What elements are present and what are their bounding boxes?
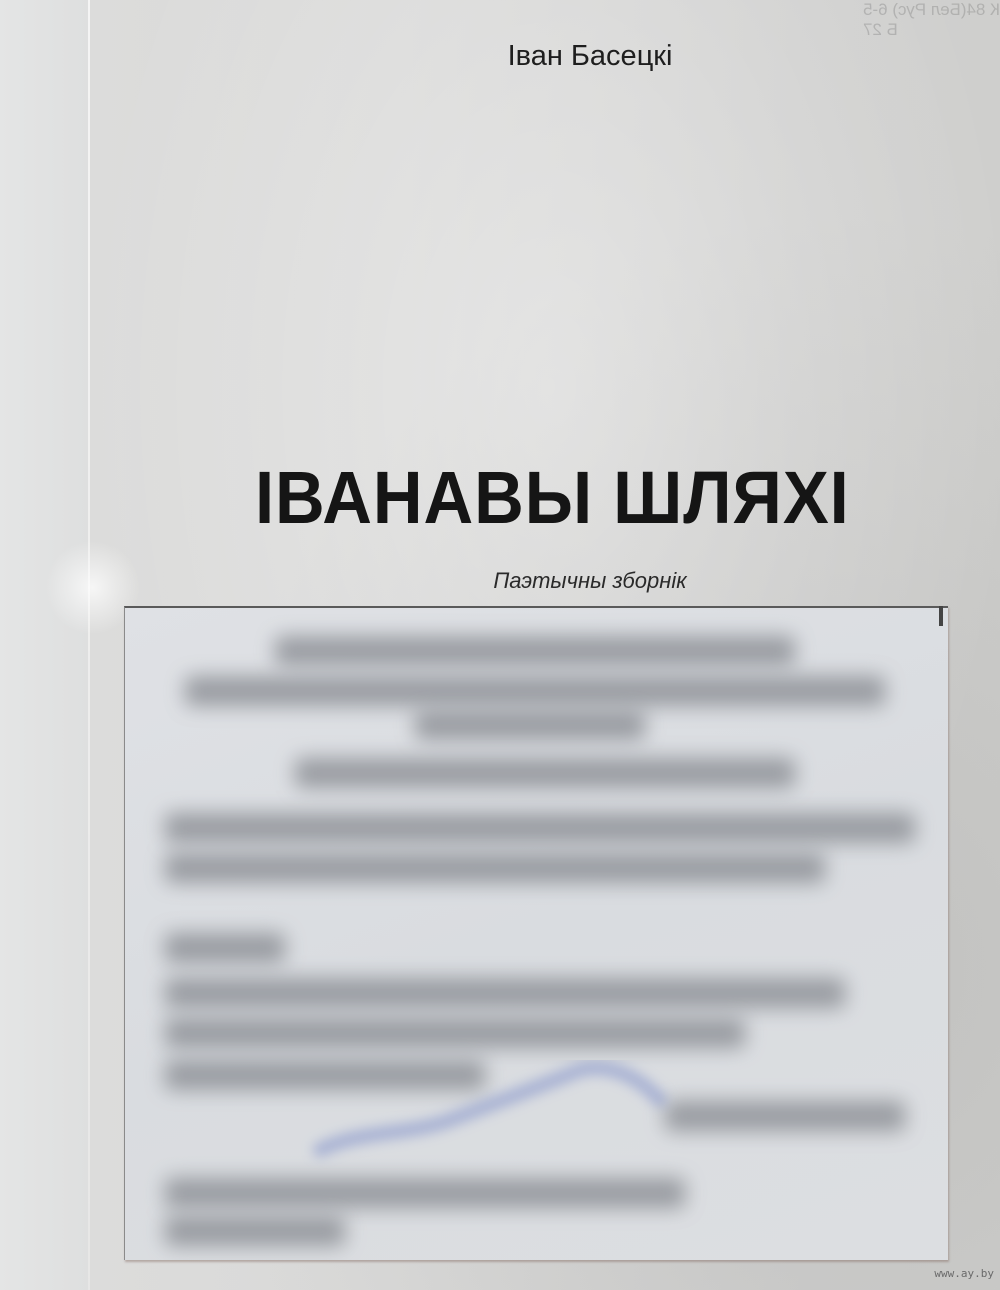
label-corner-mark: [939, 606, 943, 626]
bleed-line: Б 27: [863, 20, 1000, 40]
page-fold: [88, 0, 90, 1290]
blurred-text-line: [275, 636, 795, 666]
signature: [300, 1060, 680, 1180]
blurred-text-line: [185, 676, 885, 706]
blurred-text-line: [415, 710, 645, 740]
blurred-text-line: [165, 813, 915, 843]
book-subtitle: Паэтычны зборнік: [0, 568, 1000, 594]
book-title-page: К 84(Бел Рус) 6-5 Б 27 Іван Басецкі ІВАН…: [0, 0, 1000, 1290]
book-title: ІВАНАВЫ ШЛЯХІ: [255, 455, 887, 540]
blurred-text-line: [165, 853, 825, 883]
blurred-text-line: [165, 978, 845, 1008]
bleed-through-text: К 84(Бел Рус) 6-5 Б 27: [857, 0, 1000, 40]
watermark: www.ay.by: [934, 1267, 994, 1280]
blurred-text-line: [165, 1216, 345, 1246]
author-name: Іван Басецкі: [0, 40, 1000, 73]
facing-page-edge: [0, 0, 88, 1290]
blurred-text-line: [165, 1178, 685, 1208]
blurred-text-line: [665, 1101, 905, 1131]
blurred-text-line: [165, 1018, 745, 1048]
blurred-text-line: [295, 758, 795, 788]
bleed-line: К 84(Бел Рус) 6-5: [863, 0, 1000, 20]
blurred-text-line: [165, 933, 285, 963]
